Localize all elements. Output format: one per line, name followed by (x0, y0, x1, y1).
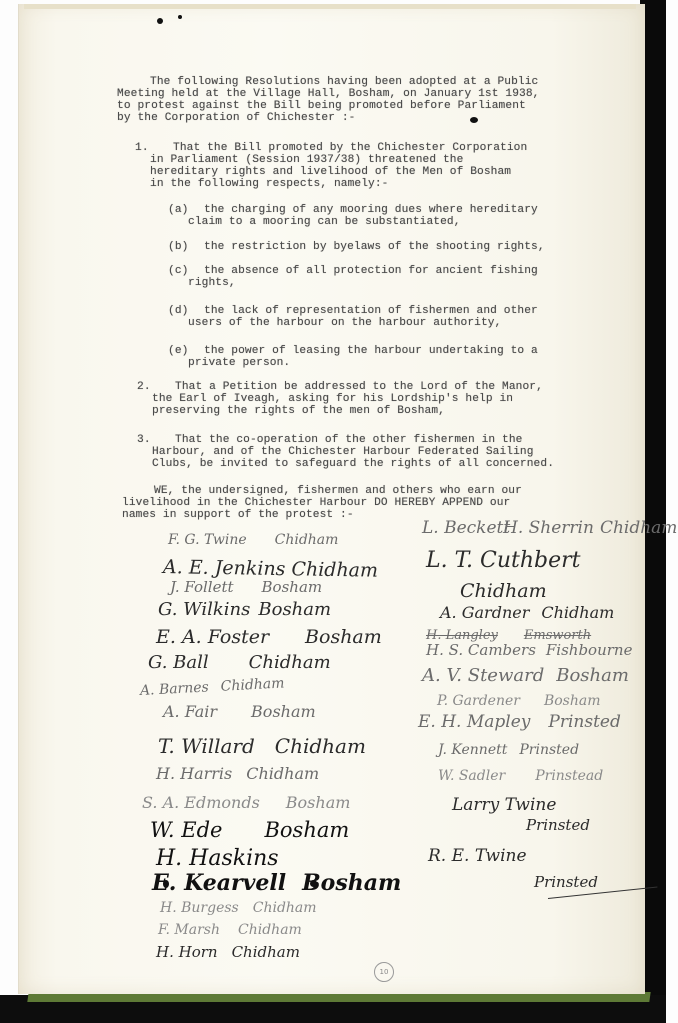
sub-item-line: rights, (188, 277, 236, 289)
sub-item-line: the restriction by byelaws of the shooti… (204, 241, 545, 253)
signature-place: Prinsted (526, 816, 590, 834)
signature: T. WillardChidham (158, 734, 366, 758)
resolution-number: 1. (135, 142, 149, 154)
signature: E. KearvellBosham (152, 870, 401, 896)
sub-item-line: users of the harbour on the harbour auth… (188, 317, 501, 329)
resolution-line: That the Bill promoted by the Chichester… (173, 142, 527, 154)
sub-item-label: (a) (168, 204, 188, 216)
signature: A. GardnerChidham (440, 603, 614, 622)
sub-item-line: the lack of representation of fishermen … (204, 305, 538, 317)
signature: F. MarshChidham (158, 922, 302, 938)
ink-spot (470, 117, 478, 123)
sub-item-label: (d) (168, 305, 188, 317)
signature: F. G. TwineChidham (168, 532, 338, 548)
resolution-line: the Earl of Iveagh, asking for his Lords… (152, 393, 513, 405)
signature: H. S. CambersFishbourne (426, 641, 632, 659)
signature: L. Beckett (422, 518, 510, 538)
signature: J. KennettPrinsted (438, 742, 579, 758)
resolution-line: That a Petition be addressed to the Lord… (175, 381, 543, 393)
signature: J. FollettBosham (170, 578, 322, 596)
intro-line: The following Resolutions having been ad… (150, 76, 538, 88)
signature: A. V. StewardBosham (422, 665, 629, 686)
resolution-line: hereditary rights and livelihood of the … (150, 166, 511, 178)
ink-spot (157, 18, 163, 24)
resolution-line: Clubs, be invited to safeguard the right… (152, 458, 554, 470)
signature: H. HarrisChidham (156, 764, 319, 783)
signature: Larry Twine (452, 795, 556, 815)
signature-place: Prinsted (534, 873, 598, 891)
signature: W. SadlerPrinstead (438, 768, 603, 784)
signature: Chidham (460, 580, 547, 602)
sub-item-line: private person. (188, 357, 290, 369)
declaration-line: WE, the undersigned, fishermen and other… (154, 485, 522, 497)
signature: G. WilkinsBosham (158, 599, 331, 620)
signature: H. Haskins (156, 846, 279, 871)
signature: R. E. Twine (428, 846, 527, 866)
declaration-line: livelihood in the Chichester Harbour DO … (122, 497, 510, 509)
resolution-number: 2. (137, 381, 151, 393)
signature: H. HornChidham (156, 943, 300, 961)
signature: P. GardenerBosham (437, 693, 601, 709)
ink-spot (310, 880, 317, 887)
signature: H. SherrinChidham (503, 518, 677, 538)
sub-item-line: the power of leasing the harbour underta… (204, 345, 538, 357)
intro-line: by the Corporation of Chichester :- (117, 112, 355, 124)
intro-line: to protest against the Bill being promot… (117, 100, 526, 112)
signature: S. A. EdmondsBosham (142, 793, 350, 812)
page-number: 10 (374, 962, 394, 982)
signature: H. BurgessChidham (160, 900, 317, 916)
sub-item-line: the charging of any mooring dues where h… (204, 204, 538, 216)
signature: E. A. FosterBosham (156, 626, 382, 648)
signature: L. T. Cuthbert (426, 548, 581, 573)
resolution-line: That the co-operation of the other fishe… (175, 434, 523, 446)
sub-item-label: (e) (168, 345, 188, 357)
page-top-edge (24, 4, 636, 9)
sub-item-line: the absence of all protection for ancien… (204, 265, 538, 277)
resolution-line: Harbour, and of the Chichester Harbour F… (152, 446, 534, 458)
ink-spot (178, 15, 182, 19)
resolution-line: in the following respects, namely:- (150, 178, 388, 190)
signature: A. FairBosham (163, 702, 316, 721)
sub-item-line: claim to a mooring can be substantiated, (188, 216, 461, 228)
signature: G. BallChidham (148, 652, 331, 673)
resolution-line: preserving the rights of the men of Bosh… (152, 405, 445, 417)
intro-line: Meeting held at the Village Hall, Bosham… (117, 88, 539, 100)
signature: W. EdeBosham (150, 818, 349, 842)
ink-spot (163, 880, 169, 888)
sub-item-label: (c) (168, 265, 188, 277)
signature: E. H. MapleyPrinsted (418, 712, 621, 732)
declaration-line: names in support of the protest :- (122, 509, 354, 521)
resolution-line: in Parliament (Session 1937/38) threaten… (150, 154, 463, 166)
resolution-number: 3. (137, 434, 151, 446)
sub-item-label: (b) (168, 241, 188, 253)
